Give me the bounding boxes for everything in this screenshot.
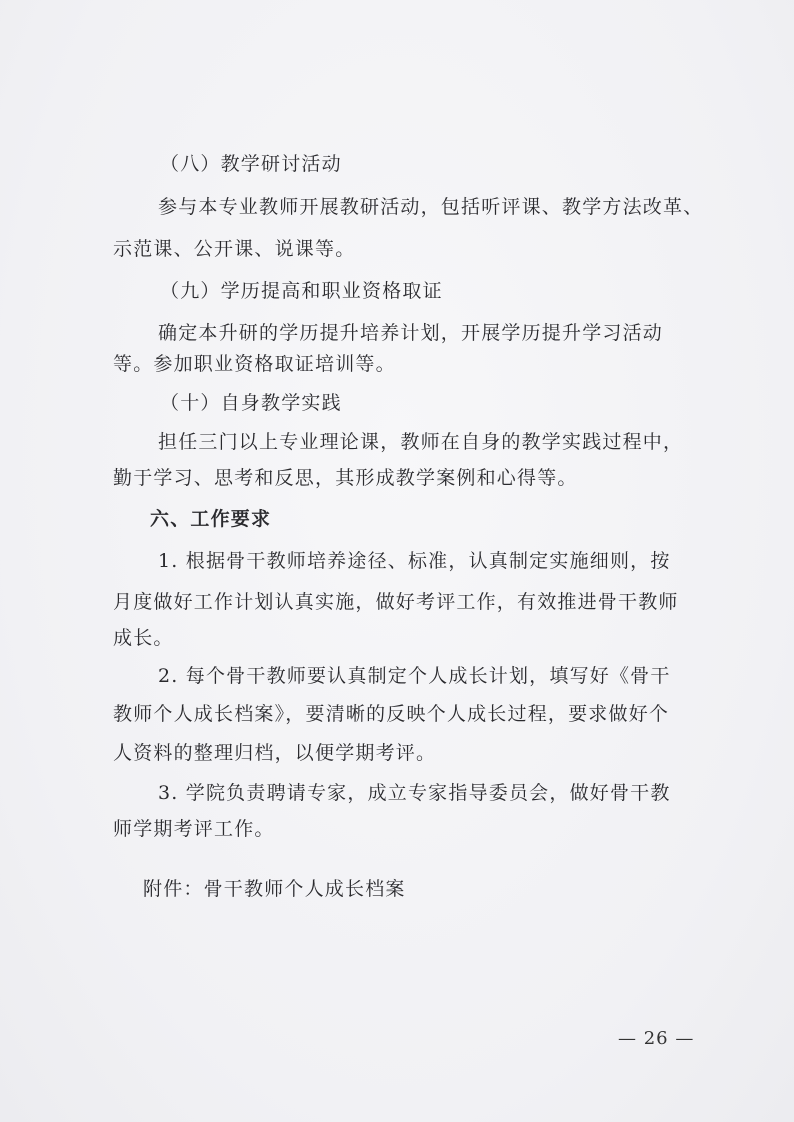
requirement-2: 人资料的整理归档，以便学期考评。 (113, 741, 436, 765)
requirements-heading: 六、工作要求 (150, 507, 271, 531)
requirement-2: 教师个人成长档案》，要清晰的反映个人成长过程，要求做好个 (113, 702, 669, 726)
attachment-note: 附件：骨干教师个人成长档案 (143, 877, 406, 901)
requirement-1: 1. 根据骨干教师培养途径、标准，认真制定实施细则，按 (158, 549, 671, 573)
section-8-heading: （八）教学研讨活动 (160, 152, 342, 176)
requirement-1: 月度做好工作计划认真实施，做好考评工作，有效推进骨干教师 (113, 590, 679, 614)
page-number: — 26 — (618, 1028, 694, 1049)
requirement-2: 2. 每个骨干教师要认真制定个人成长计划，填写好《骨干 (158, 664, 671, 688)
section-10-text: 担任三门以上专业理论课，教师在自身的教学实践过程中， (158, 430, 683, 454)
requirement-1: 成长。 (113, 626, 174, 650)
requirement-3: 3. 学院负责聘请专家，成立专家指导委员会，做好骨干教 (158, 781, 671, 805)
document-page: （八）教学研讨活动 参与本专业教师开展教研活动，包括听评课、教学方法改革、 示范… (0, 0, 794, 1122)
section-9-text: 等。参加职业资格取证培训等。 (113, 352, 396, 376)
requirement-3: 师学期考评工作。 (113, 817, 275, 841)
section-8-text: 示范课、公开课、说课等。 (113, 237, 355, 261)
section-10-text: 勤于学习、思考和反思，其形成教学案例和心得等。 (113, 466, 578, 490)
section-10-heading: （十）自身教学实践 (160, 391, 342, 415)
section-9-text: 确定本升研的学历提升培养计划，开展学历提升学习活动 (158, 321, 663, 345)
section-9-heading: （九）学历提高和职业资格取证 (160, 279, 443, 303)
section-8-text: 参与本专业教师开展教研活动，包括听评课、教学方法改革、 (158, 195, 703, 219)
